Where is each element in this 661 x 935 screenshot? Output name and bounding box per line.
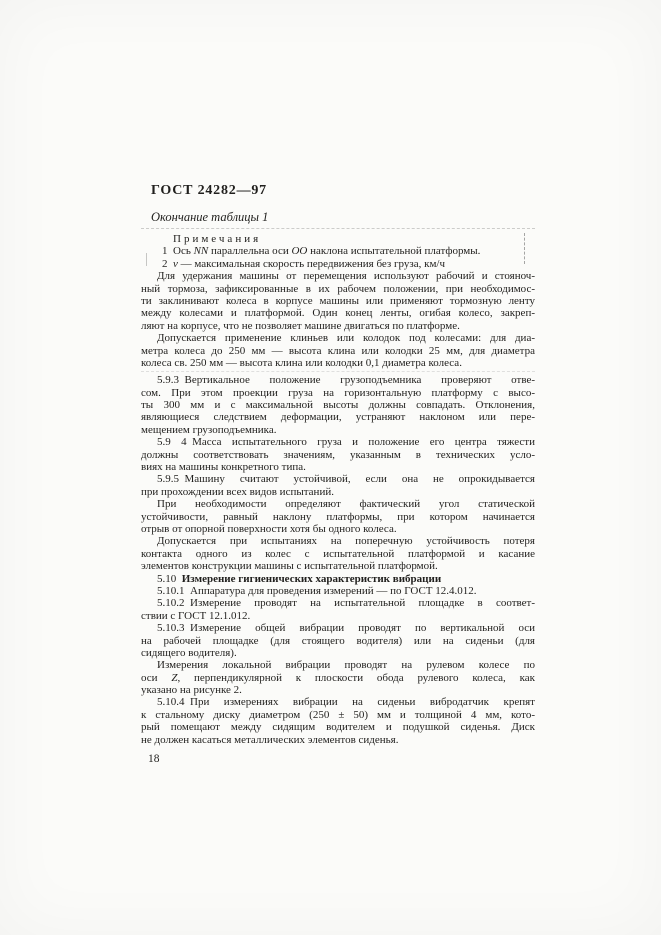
text-segment: параллельна оси: [208, 245, 291, 257]
text-line: элементов конструкции машины с испытател…: [141, 560, 535, 572]
text-line: ты 300 мм и с максимальной высоты должны…: [141, 399, 535, 411]
text-line: отрыв от опорной поверхности хотя бы одн…: [141, 523, 535, 535]
text-line: ти заклинивают колеса в корпусе машины и…: [141, 295, 535, 307]
text-segment: 1 Ось: [162, 245, 194, 257]
text-line: между колесами и платформой. Один конец …: [141, 307, 535, 319]
text-line: ляют на корпусе, что не позволяет машине…: [141, 320, 535, 332]
scanned-document-page: ГОСТ 24282—97 Окончание таблицы 1 Примеч…: [0, 0, 661, 935]
scan-artifact-table-border-right: [524, 233, 525, 264]
table-border-remnant-top: [141, 228, 535, 229]
text-line: метра колеса до 250 мм — высота клина ил…: [141, 345, 535, 357]
document-body: Примечания1 Ось NN параллельна оси ОО на…: [141, 233, 535, 746]
paragraph-static-stability-angle: При необходимости определяют фактический…: [141, 498, 535, 535]
text-segment: наклона испытательной платформы.: [307, 245, 480, 257]
text-line: не должен касаться металлических элемент…: [141, 734, 535, 746]
text-line: мещением грузоподъемника.: [141, 424, 535, 436]
bold-text: Измерение гигиенических характеристик ви…: [182, 573, 441, 585]
italic-symbol: NN: [194, 245, 209, 257]
text-line: Измерения локальной вибрации проводят на…: [141, 659, 535, 671]
text-line: 5.10.1 Аппаратура для проведения измерен…: [141, 585, 535, 597]
text-line: 2 v — максимальная скорость передвижения…: [141, 258, 535, 270]
text-line: 5.10.4 При измерениях вибрации на сидень…: [141, 696, 535, 708]
text-line: При необходимости определяют фактический…: [141, 498, 535, 510]
text-segment: 2: [162, 258, 173, 270]
text-line: контакта одного из колес с испытательной…: [141, 548, 535, 560]
text-line: 5.9 4 Масса испытательного груза и полож…: [141, 436, 535, 448]
table-note-paragraph-wedges: Допускается применение клиньев или колод…: [141, 332, 535, 369]
text-line: являющиеся следствием деформации, устран…: [141, 411, 535, 423]
table-note-1: 1 Ось NN параллельна оси ОО наклона испы…: [141, 245, 535, 257]
text-line: 5.9.5 Машину считают устойчивой, если он…: [141, 473, 535, 485]
text-segment: оси: [141, 672, 171, 684]
paragraph-local-vibration: Измерения локальной вибрации проводят на…: [141, 659, 535, 696]
text-line: сом. При этом проекции груза на горизонт…: [141, 387, 535, 399]
text-column: ГОСТ 24282—97 Окончание таблицы 1 Примеч…: [141, 183, 535, 766]
text-line: рый помещают между сидящим водителем и п…: [141, 721, 535, 733]
text-line: 5.10 Измерение гигиенических характерист…: [141, 573, 535, 585]
clause-5-10-3: 5.10.3 Измерение общей вибрации проводят…: [141, 622, 535, 659]
text-line: 1 Ось NN параллельна оси ОО наклона испы…: [141, 245, 535, 257]
text-line: виях на машины конкретного типа.: [141, 461, 535, 473]
text-line: при прохождении всех видов испытаний.: [141, 486, 535, 498]
text-segment: — максимальная скорость передвижения без…: [178, 258, 445, 270]
table-note-paragraph-brakes: Для удержания машины от перемещения испо…: [141, 270, 535, 332]
text-line: на рабочей площадке (для стоящего водите…: [141, 635, 535, 647]
clause-5-9-5: 5.9.5 Машину считают устойчивой, если он…: [141, 473, 535, 498]
table-notes-title: Примечания: [141, 233, 535, 245]
text-segment: 5.10: [157, 573, 182, 585]
section-heading-5-10: 5.10 Измерение гигиенических характерист…: [141, 573, 535, 585]
text-line: колеса св. 250 мм — высота клина или кол…: [141, 357, 535, 369]
text-line: 5.10.2 Измерение проводят на испытательн…: [141, 597, 535, 609]
page-header-gost-number: ГОСТ 24282—97: [141, 183, 535, 198]
clause-5-10-1: 5.10.1 Аппаратура для проведения измерен…: [141, 585, 535, 597]
text-line: 5.9.3 Вертикальное положение грузоподъем…: [141, 374, 535, 386]
text-line: ствии с ГОСТ 12.1.012.: [141, 610, 535, 622]
italic-symbol: ОО: [291, 245, 307, 257]
text-line: должны соответствовать значениям, указан…: [141, 449, 535, 461]
text-line: сидящего водителя).: [141, 647, 535, 659]
page-number: 18: [141, 753, 535, 766]
text-line: 5.10.3 Измерение общей вибрации проводят…: [141, 622, 535, 634]
table-note-2: 2 v — максимальная скорость передвижения…: [141, 258, 535, 270]
text-line: Для удержания машины от перемещения испо…: [141, 270, 535, 282]
text-line: устойчивости, равный наклону платформы, …: [141, 511, 535, 523]
text-line: Допускается применение клиньев или колод…: [141, 332, 535, 344]
clause-5-10-4: 5.10.4 При измерениях вибрации на сидень…: [141, 696, 535, 746]
text-line: Примечания: [141, 233, 535, 245]
clause-5-9-4: 5.9 4 Масса испытательного груза и полож…: [141, 436, 535, 473]
scan-artifact-table-border-left: [146, 253, 147, 266]
text-line: указано на рисунке 2.: [141, 684, 535, 696]
table-continuation-caption: Окончание таблицы 1: [141, 210, 535, 224]
paragraph-lateral-stability: Допускается при испытаниях на поперечную…: [141, 535, 535, 572]
table-border-remnant-bottom: [141, 371, 535, 372]
text-line: Допускается при испытаниях на поперечную…: [141, 535, 535, 547]
text-line: оси Z, перпендикулярной к плоскости обод…: [141, 672, 535, 684]
clause-5-10-2: 5.10.2 Измерение проводят на испытательн…: [141, 597, 535, 622]
text-segment: , перпендикулярной к плоскости обода рул…: [177, 672, 535, 684]
clause-5-9-3: 5.9.3 Вертикальное положение грузоподъем…: [141, 374, 535, 436]
text-line: к стальному диску диаметром (250 ± 50) м…: [141, 709, 535, 721]
text-line: ный тормоза, зафиксированные в их рабоче…: [141, 283, 535, 295]
